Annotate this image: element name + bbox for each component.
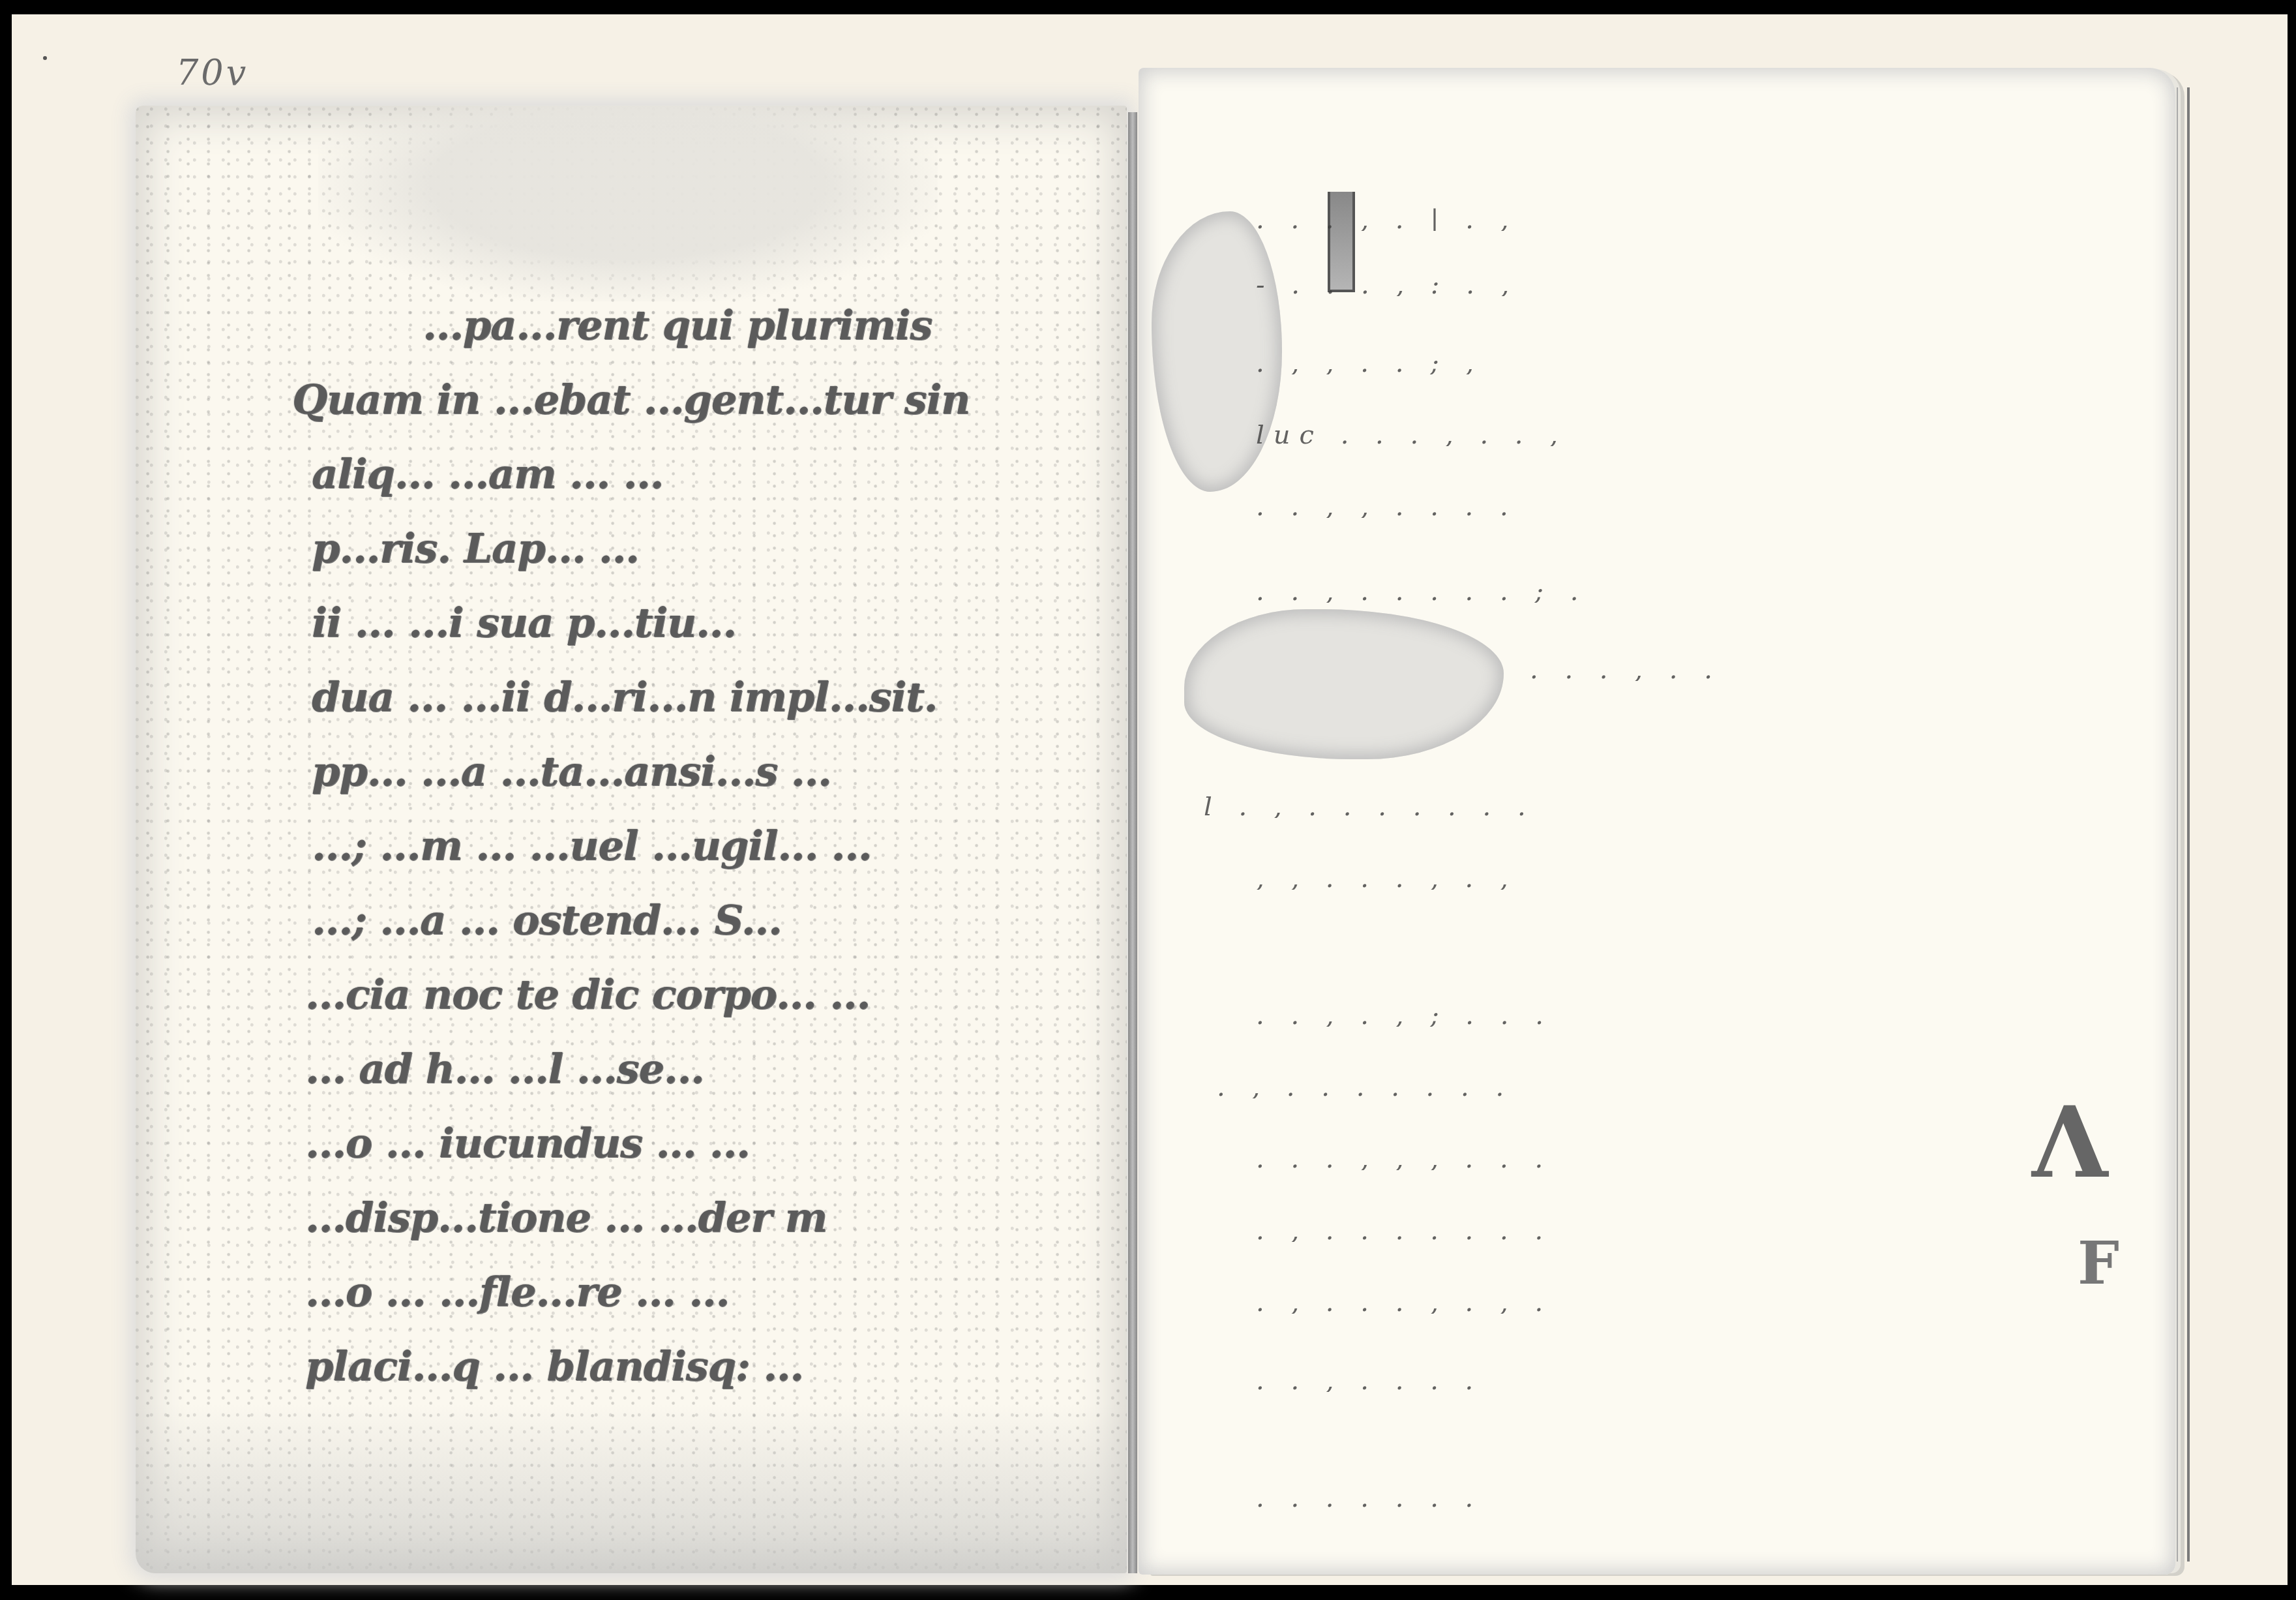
damage-hole-middle <box>1184 609 1504 759</box>
text-line: ...pa...rent qui plurimis <box>292 288 1101 363</box>
faded-line: . . , . . . . <box>1256 1366 1482 1392</box>
faded-line: . , . . . . . . . <box>1217 1072 1513 1098</box>
text-line: aliq... ...am ... ... <box>292 437 1101 511</box>
left-page-text: ...pa...rent qui plurimis Quam in ...eba… <box>292 288 1101 1404</box>
text-line: ...; ...a ... ostend... S... <box>292 883 1101 958</box>
marginal-mark: F <box>2078 1229 2119 1298</box>
faded-line: . . , . , ; . . . <box>1256 1001 1553 1027</box>
faded-line: . . . , . | . , <box>1256 205 1517 231</box>
faded-line: . , , . . ; , <box>1256 348 1483 374</box>
right-page: . . . , . | . , - . . . , : . , . , , . … <box>1139 68 2175 1575</box>
text-line: ...cia noc te dic corpo... ... <box>292 958 1101 1032</box>
faded-line: . . , . . . . . ; . <box>1256 577 1587 603</box>
text-line: ... ad h... ...l ...se... <box>292 1032 1101 1106</box>
text-line: Quam in ...ebat ...gent...tur sin <box>292 363 1101 437</box>
damage-bottom <box>136 1404 1127 1573</box>
water-stain-top <box>318 106 938 301</box>
faded-line: . . . , , , . . . <box>1256 1144 1552 1170</box>
text-line: ...o ... iucundus ... ... <box>292 1106 1101 1181</box>
text-line: p...ris. Lap... ... <box>292 511 1101 586</box>
folio-number: 70v <box>176 52 248 93</box>
faded-line: . . , , . . . . <box>1256 492 1517 518</box>
faded-line: l . , . . . . . . . <box>1204 792 1535 818</box>
left-page: ...pa...rent qui plurimis Quam in ...eba… <box>136 106 1127 1573</box>
text-line: ...o ... ...fle...re ... ... <box>292 1255 1101 1329</box>
text-line-last: placi...q ... blandisq: ... <box>292 1329 1101 1404</box>
faded-line: . . . , . . <box>1530 655 1722 681</box>
scanned-sheet: 70v ...pa...rent qui plurimis Quam in ..… <box>12 14 2288 1585</box>
faded-line: . . . . . . . <box>1256 1483 1482 1509</box>
text-line: pp... ...a ...ta...ansi...s ... <box>292 734 1101 809</box>
text-line: dua ... ...ii d...ri...n impl...sit. <box>292 660 1101 734</box>
text-line: ...disp...tione ... ...der m <box>292 1181 1101 1255</box>
faded-line: - . . . , : . , <box>1256 270 1518 296</box>
faded-line: . , . . . . . . . <box>1256 1216 1552 1242</box>
faded-line: . , . . . , . , . <box>1256 1288 1552 1314</box>
marginal-mark: Λ <box>2032 1085 2108 1200</box>
faded-line: , , . . . , . , <box>1256 864 1517 890</box>
text-line: ii ... ...i sua p...tiu... <box>292 586 1101 660</box>
book-gutter <box>1128 112 1137 1573</box>
text-line: ...; ...m ... ...uel ...ugil... ... <box>292 809 1101 883</box>
faded-line: luc . . . , . . , <box>1256 420 1567 446</box>
dust-speck <box>43 56 47 60</box>
